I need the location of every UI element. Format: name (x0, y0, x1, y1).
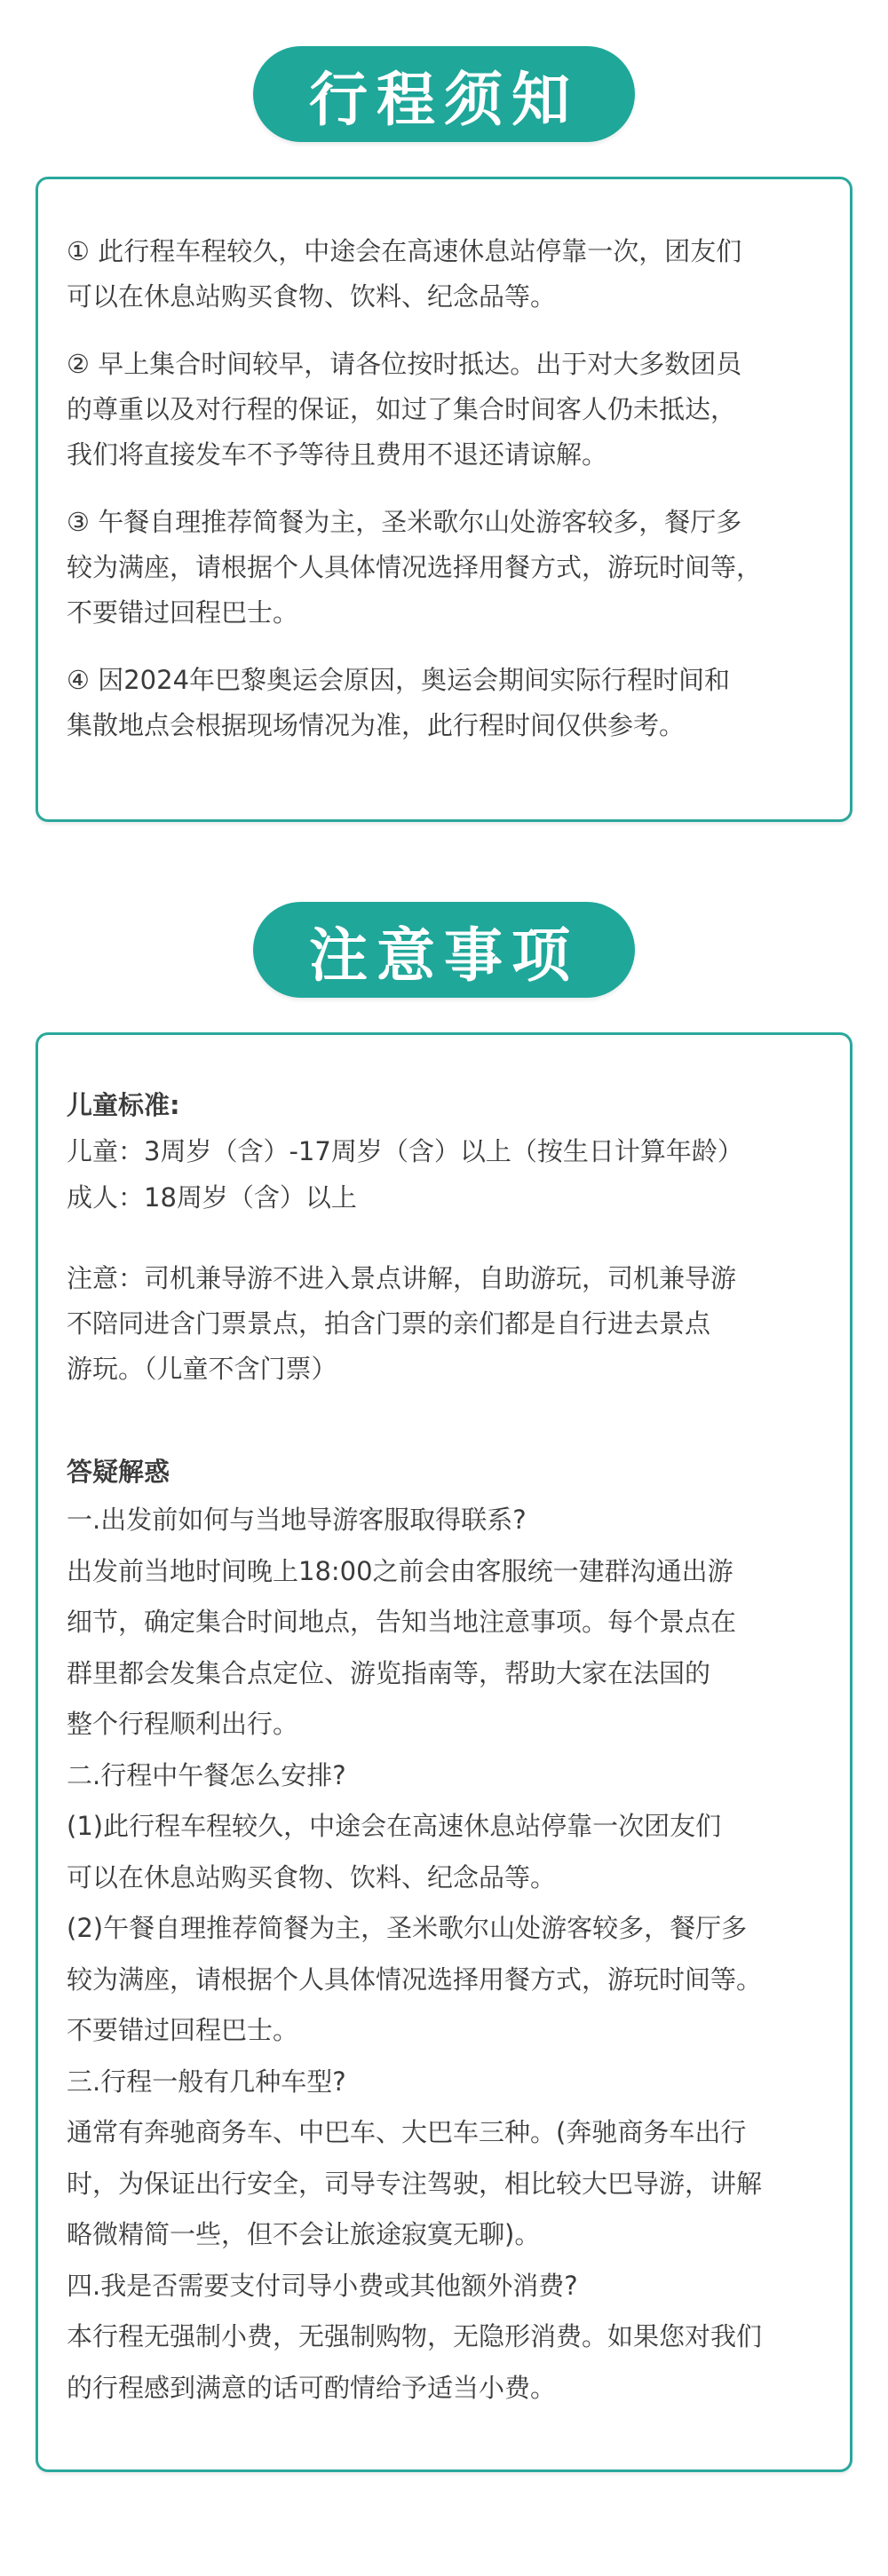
faq-question: 三.行程一般有几种车型? (67, 2057, 823, 2108)
notice-line: 不要错过回程巴士。 (67, 590, 823, 636)
child-standard-heading: 儿童标准: (67, 1082, 823, 1128)
section-title-text: 行程须知 (309, 52, 579, 137)
note-line: 注意：司机兼导游不进入景点讲解，自助游玩，司机兼导游 (67, 1256, 823, 1301)
child-standard-line: 成人：18周岁（含）以上 (67, 1174, 823, 1221)
note-line: 不陪同进含门票景点，拍含门票的亲们都是自行进去景点 (67, 1301, 823, 1347)
notice-item-1: ① 此行程车程较久，中途会在高速休息站停靠一次，团友们 可以在休息站购买食物、饮… (67, 229, 823, 320)
notice-item-2: ② 早上集合时间较早，请各位按时抵达。出于对大多数团员 的尊重以及对行程的保证，… (67, 342, 823, 478)
faq-answer-line: 群里都会发集合点定位、游览指南等，帮助大家在法国的 (67, 1648, 823, 1700)
section-title-precautions: 注意事项 (253, 902, 635, 998)
faq-answer-line: 整个行程顺利出行。 (67, 1699, 823, 1750)
faq-answer-line: (2)午餐自理推荐简餐为主，圣米歌尔山处游客较多，餐厅多 (67, 1903, 823, 1955)
faq-answer-line: 较为满座，请根据个人具体情况选择用餐方式，游玩时间等。 (67, 1955, 823, 2006)
note-line: 游玩。（儿童不含门票） (67, 1347, 823, 1392)
faq-question: 二.行程中午餐怎么安排? (67, 1750, 823, 1802)
notice-line: 较为满座，请根据个人具体情况选择用餐方式，游玩时间等， (67, 545, 823, 590)
itinerary-notes-box: ① 此行程车程较久，中途会在高速休息站停靠一次，团友们 可以在休息站购买食物、饮… (36, 177, 852, 822)
guide-note-block: 注意：司机兼导游不进入景点讲解，自助游玩，司机兼导游 不陪同进含门票景点，拍含门… (67, 1256, 823, 1392)
faq-answer-line: 细节，确定集合时间地点，告知当地注意事项。每个景点在 (67, 1597, 823, 1648)
child-standard-line: 儿童：3周岁（含）-17周岁（含）以上（按生日计算年龄） (67, 1128, 823, 1174)
faq-answer-line: 通常有奔驰商务车、中巴车、大巴车三种。(奔驰商务车出行 (67, 2107, 823, 2159)
faq-answer-line: 的行程感到满意的话可酌情给予适当小费。 (67, 2363, 823, 2414)
child-standard-block: 儿童标准: 儿童：3周岁（含）-17周岁（含）以上（按生日计算年龄） 成人：18… (67, 1082, 823, 1221)
faq-answer-line: 本行程无强制小费，无强制购物，无隐形消费。如果您对我们 (67, 2311, 823, 2363)
faq-question: 四.我是否需要支付司导小费或其他额外消费? (67, 2261, 823, 2312)
faq-answer-line: (1)此行程车程较久，中途会在高速休息站停靠一次团友们 (67, 1801, 823, 1853)
faq-answer-line: 时，为保证出行安全，司导专注驾驶，相比较大巴导游，讲解 (67, 2159, 823, 2210)
notice-item-4: ④ 因2024年巴黎奥运会原因，奥运会期间实际行程时间和 集散地点会根据现场情况… (67, 658, 823, 748)
notice-line: ③ 午餐自理推荐简餐为主，圣米歌尔山处游客较多，餐厅多 (67, 500, 823, 545)
section-title-text: 注意事项 (309, 908, 579, 992)
faq-heading: 答疑解惑 (67, 1449, 823, 1495)
faq-heading-wrap: 答疑解惑 (67, 1449, 823, 1495)
notice-line: ② 早上集合时间较早，请各位按时抵达。出于对大多数团员 (67, 342, 823, 387)
notice-line: 的尊重以及对行程的保证，如过了集合时间客人仍未抵达， (67, 387, 823, 432)
section-title-itinerary-notes: 行程须知 (253, 46, 635, 142)
notice-item-3: ③ 午餐自理推荐简餐为主，圣米歌尔山处游客较多，餐厅多 较为满座，请根据个人具体… (67, 500, 823, 636)
faq-answer-line: 可以在休息站购买食物、饮料、纪念品等。 (67, 1853, 823, 1904)
notice-line: 集散地点会根据现场情况为准，此行程时间仅供参考。 (67, 703, 823, 748)
notice-line: ① 此行程车程较久，中途会在高速休息站停靠一次，团友们 (67, 229, 823, 274)
notice-line: 我们将直接发车不予等待且费用不退还请谅解。 (67, 432, 823, 478)
faq-block: 一.出发前如何与当地导游客服取得联系? 出发前当地时间晚上18:00之前会由客服… (67, 1495, 823, 2414)
faq-answer-line: 略微精简一些，但不会让旅途寂寞无聊)。 (67, 2209, 823, 2261)
notice-line: 可以在休息站购买食物、饮料、纪念品等。 (67, 274, 823, 320)
faq-answer-line: 不要错过回程巴士。 (67, 2005, 823, 2057)
precautions-box: 儿童标准: 儿童：3周岁（含）-17周岁（含）以上（按生日计算年龄） 成人：18… (36, 1032, 852, 2472)
faq-question: 一.出发前如何与当地导游客服取得联系? (67, 1495, 823, 1546)
notice-line: ④ 因2024年巴黎奥运会原因，奥运会期间实际行程时间和 (67, 658, 823, 703)
faq-answer-line: 出发前当地时间晚上18:00之前会由客服统一建群沟通出游 (67, 1546, 823, 1598)
